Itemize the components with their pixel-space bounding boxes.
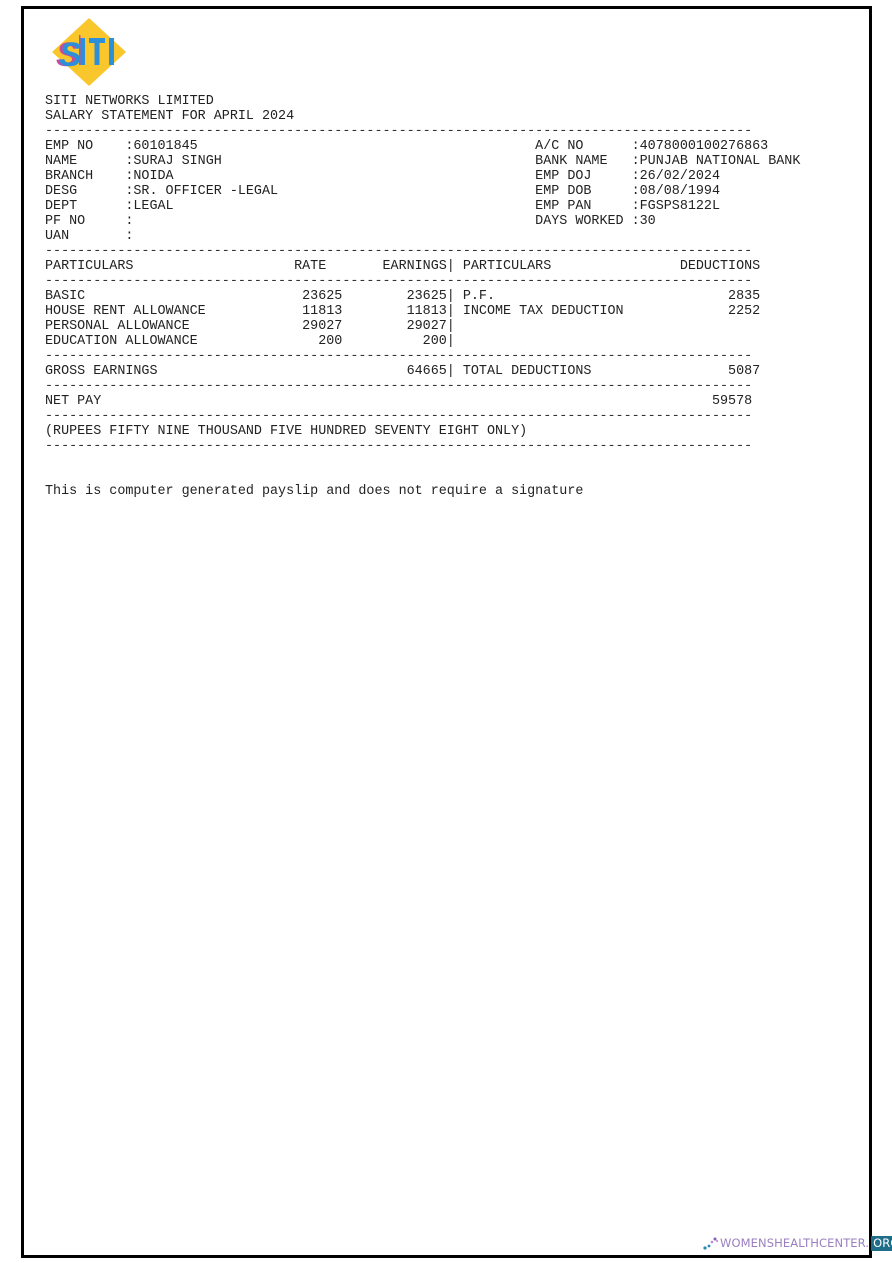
divider: ----------------------------------------… [45, 244, 800, 259]
watermark-text: WOMENSHEALTHCENTER. [720, 1236, 869, 1250]
employee-info-row: UAN : [45, 229, 800, 244]
spacer [45, 469, 800, 484]
watermark-badge: ORG [871, 1236, 892, 1251]
spacer [45, 454, 800, 469]
company-name: SITI NETWORKS LIMITED [45, 94, 800, 109]
footer-note: This is computer generated payslip and d… [45, 484, 800, 499]
employee-info-row: BRANCH :NOIDA EMP DOJ :26/02/2024 [45, 169, 800, 184]
table-row: BASIC 23625 23625| P.F. 2835 [45, 289, 800, 304]
divider: ----------------------------------------… [45, 379, 800, 394]
statement-title: SALARY STATEMENT FOR APRIL 2024 [45, 109, 800, 124]
employee-info-row: DESG :SR. OFFICER -LEGAL EMP DOB :08/08/… [45, 184, 800, 199]
divider: ----------------------------------------… [45, 439, 800, 454]
table-row: HOUSE RENT ALLOWANCE 11813 11813| INCOME… [45, 304, 800, 319]
table-row: EDUCATION ALLOWANCE 200 200| [45, 334, 800, 349]
table-row: PERSONAL ALLOWANCE 29027 29027| [45, 319, 800, 334]
amount-in-words: (RUPEES FIFTY NINE THOUSAND FIVE HUNDRED… [45, 424, 800, 439]
divider: ----------------------------------------… [45, 274, 800, 289]
dots-logo-icon [703, 1235, 719, 1251]
totals-row: GROSS EARNINGS 64665| TOTAL DEDUCTIONS 5… [45, 364, 800, 379]
net-pay-row: NET PAY 59578 [45, 394, 800, 409]
divider: ----------------------------------------… [45, 124, 800, 139]
divider: ----------------------------------------… [45, 349, 800, 364]
table-header: PARTICULARS RATE EARNINGS| PARTICULARS D… [45, 259, 800, 274]
employee-info-row: PF NO : DAYS WORKED :30 [45, 214, 800, 229]
payslip-body: SITI NETWORKS LIMITEDSALARY STATEMENT FO… [45, 94, 800, 499]
employee-info-row: EMP NO :60101845 A/C NO :407800010027686… [45, 139, 800, 154]
divider: ----------------------------------------… [45, 409, 800, 424]
svg-text:S: S [59, 36, 82, 74]
employee-info-row: NAME :SURAJ SINGH BANK NAME :PUNJAB NATI… [45, 154, 800, 169]
watermark: WOMENSHEALTHCENTER. ORG [703, 1231, 892, 1255]
employee-info-row: DEPT :LEGAL EMP PAN :FGSPS8122L [45, 199, 800, 214]
siti-logo: S S [50, 16, 128, 88]
